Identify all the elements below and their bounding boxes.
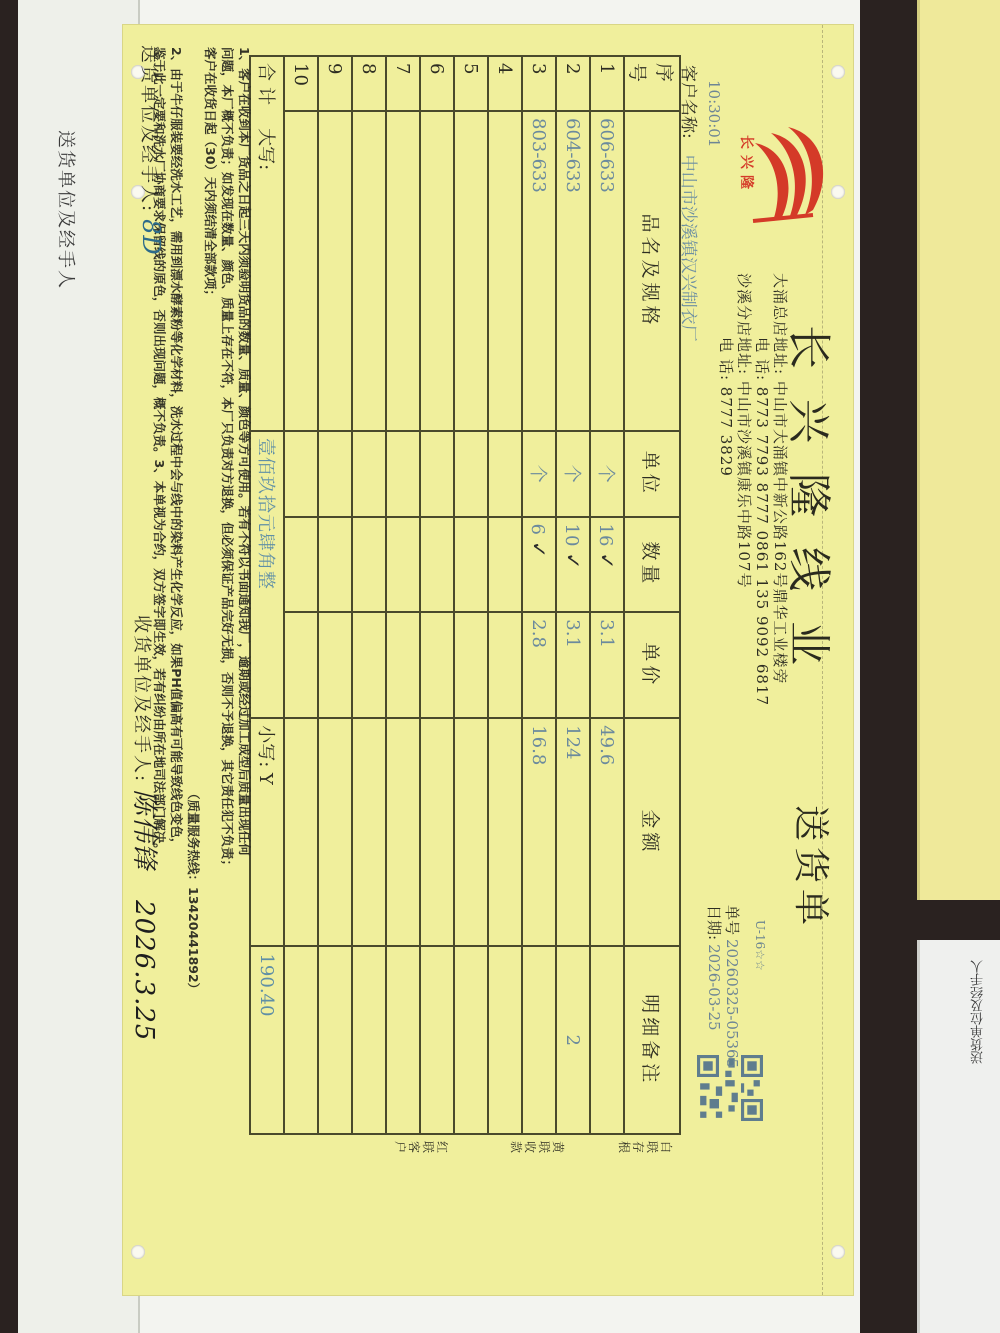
header-notes: 明细备注 bbox=[624, 946, 680, 1134]
terms-line: 1、客户在收到本厂货品之日起三天内须验明货品的数量、质量、颜色等方可使用。若有不… bbox=[236, 47, 253, 1137]
header-product: 品名及规格 bbox=[624, 111, 680, 431]
row-amount: 49.6 bbox=[590, 718, 624, 946]
table-row: 6 bbox=[420, 56, 454, 1134]
print-code: U-16☆☆ bbox=[753, 920, 767, 971]
row-unit bbox=[284, 431, 318, 517]
header-amount: 金额 bbox=[624, 718, 680, 946]
check-mark-icon: ✓ bbox=[527, 541, 551, 558]
table-row: 3 803-633 个 6✓ 2.8 16.8 bbox=[522, 56, 556, 1134]
print-time: 10:30:01 bbox=[705, 80, 723, 147]
order-date-value: 2026-03-25 bbox=[705, 944, 723, 1030]
sender-signature: 8D bbox=[137, 219, 165, 256]
customer-name-label: 客户名称: bbox=[678, 65, 698, 139]
row-quantity bbox=[386, 517, 420, 613]
row-quantity bbox=[284, 517, 318, 613]
table-row: 7 bbox=[386, 56, 420, 1134]
row-quantity: 10✓ bbox=[556, 517, 590, 613]
main-store-phone: 电 话: 8773 7793 8777 0861 135 9092 6817 bbox=[752, 273, 773, 706]
customer-name-value: 中山市沙溪镇汉兴制衣厂 bbox=[678, 155, 698, 342]
order-number-value: 20260325-05365 bbox=[723, 939, 741, 1068]
copy-label-yellow: 黄联收款 bbox=[509, 1141, 565, 1155]
delivery-note-wrapper: 长兴隆 长兴隆线业 送货单 大涌总店地址: 中山市大涌镇中新公路162号鼎华工业… bbox=[108, 20, 853, 1320]
background-sender-label: 送货单位及经手人 bbox=[54, 130, 80, 290]
table-row: 10 bbox=[284, 56, 318, 1134]
row-note bbox=[488, 946, 522, 1134]
header-unit: 单位 bbox=[624, 431, 680, 517]
row-price: 2.8 bbox=[522, 612, 556, 718]
row-quantity bbox=[352, 517, 386, 613]
main-store-address: 大涌总店地址: 中山市大涌镇中新公路162号鼎华工业楼旁 bbox=[770, 273, 791, 684]
branch-address-value: 中山市沙溪镇康乐中路107号 bbox=[735, 381, 753, 589]
header-quantity: 数量 bbox=[624, 517, 680, 613]
branch-phone-label: 电 话: bbox=[716, 311, 737, 381]
check-mark-icon: ✓ bbox=[561, 552, 585, 569]
customer-name-field: 客户名称:中山市沙溪镇汉兴制衣厂 bbox=[678, 65, 703, 342]
row-price bbox=[420, 612, 454, 718]
row-note bbox=[284, 946, 318, 1134]
row-product: 606-633 bbox=[590, 111, 624, 431]
sender-label: 送货单位及经手人: bbox=[138, 45, 159, 213]
branch-store-address: 沙溪分店地址: 中山市沙溪镇康乐中路107号 bbox=[734, 273, 755, 588]
quantity-value: 10 bbox=[561, 524, 582, 547]
row-note bbox=[386, 946, 420, 1134]
table-row: 8 bbox=[352, 56, 386, 1134]
order-number: 单号20260325-05365 bbox=[722, 905, 743, 1068]
branch-store-phone: 电 话: 8777 3829 bbox=[716, 273, 737, 477]
row-quantity bbox=[318, 517, 352, 613]
row-product bbox=[420, 111, 454, 431]
row-price: 3.1 bbox=[590, 612, 624, 718]
row-unit bbox=[454, 431, 488, 517]
sprocket-hole bbox=[131, 1245, 145, 1259]
row-product bbox=[488, 111, 522, 431]
row-quantity bbox=[420, 517, 454, 613]
row-amount bbox=[488, 718, 522, 946]
row-note bbox=[420, 946, 454, 1134]
total-number-value: 190.40 bbox=[250, 946, 284, 1134]
row-quantity bbox=[488, 517, 522, 613]
branch-address-label: 沙溪分店地址: bbox=[735, 273, 753, 375]
copy-label-white: 白联存根 bbox=[617, 1141, 673, 1155]
row-note bbox=[352, 946, 386, 1134]
row-price: 3.1 bbox=[556, 612, 590, 718]
row-serial: 8 bbox=[352, 56, 386, 111]
document-title: 送货单 bbox=[788, 805, 839, 931]
total-label: 合计 bbox=[255, 63, 276, 111]
main-address-value: 中山市大涌镇中新公路162号鼎华工业楼旁 bbox=[771, 381, 789, 685]
row-amount bbox=[386, 718, 420, 946]
table-row: 2 604-633 个 10✓ 3.1 124 2 bbox=[556, 56, 590, 1134]
row-serial: 4 bbox=[488, 56, 522, 111]
items-table: 序号 品名及规格 单位 数量 单价 金额 明细备注 1 606-633 个 16… bbox=[249, 55, 681, 1135]
quantity-value: 6 bbox=[527, 524, 548, 535]
row-price bbox=[488, 612, 522, 718]
row-amount: 124 bbox=[556, 718, 590, 946]
quality-hotline: （质量服务热线：13420441892） bbox=[185, 47, 202, 1137]
row-quantity: 16✓ bbox=[590, 517, 624, 613]
row-note bbox=[590, 946, 624, 1134]
total-words-label: 大写: bbox=[255, 128, 276, 170]
row-serial: 6 bbox=[420, 56, 454, 111]
order-date: 日期:2026-03-25 bbox=[704, 905, 725, 1031]
row-amount bbox=[284, 718, 318, 946]
row-price bbox=[284, 612, 318, 718]
order-number-label: 单号 bbox=[723, 905, 741, 935]
row-serial: 3 bbox=[522, 56, 556, 111]
row-product bbox=[318, 111, 352, 431]
terms-and-conditions: 1、客户在收到本厂货品之日起三天内须验明货品的数量、质量、颜色等方可使用。若有不… bbox=[151, 47, 253, 1137]
receiver-signature: 陈伟锋 bbox=[129, 789, 159, 870]
terms-line: 客户在收货日起（30）天内须结清全部款项； bbox=[202, 47, 219, 1137]
table-row: 4 bbox=[488, 56, 522, 1134]
row-amount: 16.8 bbox=[522, 718, 556, 946]
row-price bbox=[352, 612, 386, 718]
row-unit: 个 bbox=[556, 431, 590, 517]
row-unit bbox=[420, 431, 454, 517]
sprocket-hole bbox=[831, 65, 845, 79]
main-phone-label: 电 话: bbox=[752, 311, 773, 381]
check-mark-icon: ✓ bbox=[595, 552, 619, 569]
row-note bbox=[522, 946, 556, 1134]
totals-row: 合计 大写: 壹佰玖拾元肆角整 小写: Y 190.40 bbox=[250, 56, 284, 1134]
row-amount bbox=[420, 718, 454, 946]
row-serial: 2 bbox=[556, 56, 590, 111]
terms-line: 问题，本厂概不负责；如发现在数量、颜色、质量上存在不符，本厂只负责对方退换，但必… bbox=[219, 47, 236, 1137]
row-note: 2 bbox=[556, 946, 590, 1134]
main-address-label: 大涌总店地址: bbox=[771, 273, 789, 375]
row-note bbox=[454, 946, 488, 1134]
table-row: 5 bbox=[454, 56, 488, 1134]
row-serial: 9 bbox=[318, 56, 352, 111]
delivery-note: 长兴隆 长兴隆线业 送货单 大涌总店地址: 中山市大涌镇中新公路162号鼎华工业… bbox=[123, 25, 853, 1295]
row-product bbox=[454, 111, 488, 431]
receiver-sign-date: 2026.3.25 bbox=[129, 900, 159, 1041]
sprocket-hole bbox=[831, 1245, 845, 1259]
row-serial: 1 bbox=[590, 56, 624, 111]
row-unit bbox=[352, 431, 386, 517]
background-paper-right-top bbox=[917, 0, 1000, 900]
header-serial: 序号 bbox=[624, 56, 680, 111]
receiver-label: 收货单位及经手人: bbox=[131, 615, 152, 783]
header-unit-price: 单价 bbox=[624, 612, 680, 718]
row-serial: 7 bbox=[386, 56, 420, 111]
row-unit: 个 bbox=[522, 431, 556, 517]
row-product: 803-633 bbox=[522, 111, 556, 431]
row-product bbox=[386, 111, 420, 431]
main-phone-value: 8773 7793 8777 0861 135 9092 6817 bbox=[753, 387, 771, 706]
row-product: 604-633 bbox=[556, 111, 590, 431]
branch-phone-value: 8777 3829 bbox=[717, 387, 735, 477]
row-unit bbox=[318, 431, 352, 517]
row-price bbox=[386, 612, 420, 718]
row-unit: 个 bbox=[590, 431, 624, 517]
table-row: 9 bbox=[318, 56, 352, 1134]
total-number-label: 小写: Y bbox=[250, 718, 284, 946]
logo-caption: 长兴隆 bbox=[737, 135, 757, 195]
row-product bbox=[284, 111, 318, 431]
quantity-value: 16 bbox=[595, 524, 616, 547]
row-price bbox=[454, 612, 488, 718]
table-header-row: 序号 品名及规格 单位 数量 单价 金额 明细备注 bbox=[624, 56, 680, 1134]
row-unit bbox=[386, 431, 420, 517]
row-product bbox=[352, 111, 386, 431]
sprocket-hole bbox=[831, 185, 845, 199]
terms-line: 2、由于牛仔服装要经洗水工艺，需用到漂水酵素粉等化学材料，洗水过程中会与线中的染… bbox=[168, 47, 185, 1137]
total-words-cell: 合计 大写: bbox=[250, 56, 284, 431]
row-serial: 10 bbox=[284, 56, 318, 111]
row-price bbox=[318, 612, 352, 718]
row-unit bbox=[488, 431, 522, 517]
row-note bbox=[318, 946, 352, 1134]
copy-label-red: 红联客户 bbox=[393, 1141, 449, 1155]
sender-signature-field: 送货单位及经手人:8D bbox=[137, 45, 165, 256]
row-quantity bbox=[454, 517, 488, 613]
total-words-value: 壹佰玖拾元肆角整 bbox=[250, 431, 284, 718]
table-row: 1 606-633 个 16✓ 3.1 49.6 bbox=[590, 56, 624, 1134]
row-amount bbox=[318, 718, 352, 946]
row-serial: 5 bbox=[454, 56, 488, 111]
row-amount bbox=[352, 718, 386, 946]
row-amount bbox=[454, 718, 488, 946]
background-right-sender-label: 送货单位及经手人 bbox=[970, 960, 988, 1064]
row-quantity: 6✓ bbox=[522, 517, 556, 613]
order-date-label: 日期: bbox=[705, 905, 723, 940]
receiver-signature-field: 收货单位及经手人:陈伟锋2026.3.25 bbox=[128, 615, 165, 1041]
